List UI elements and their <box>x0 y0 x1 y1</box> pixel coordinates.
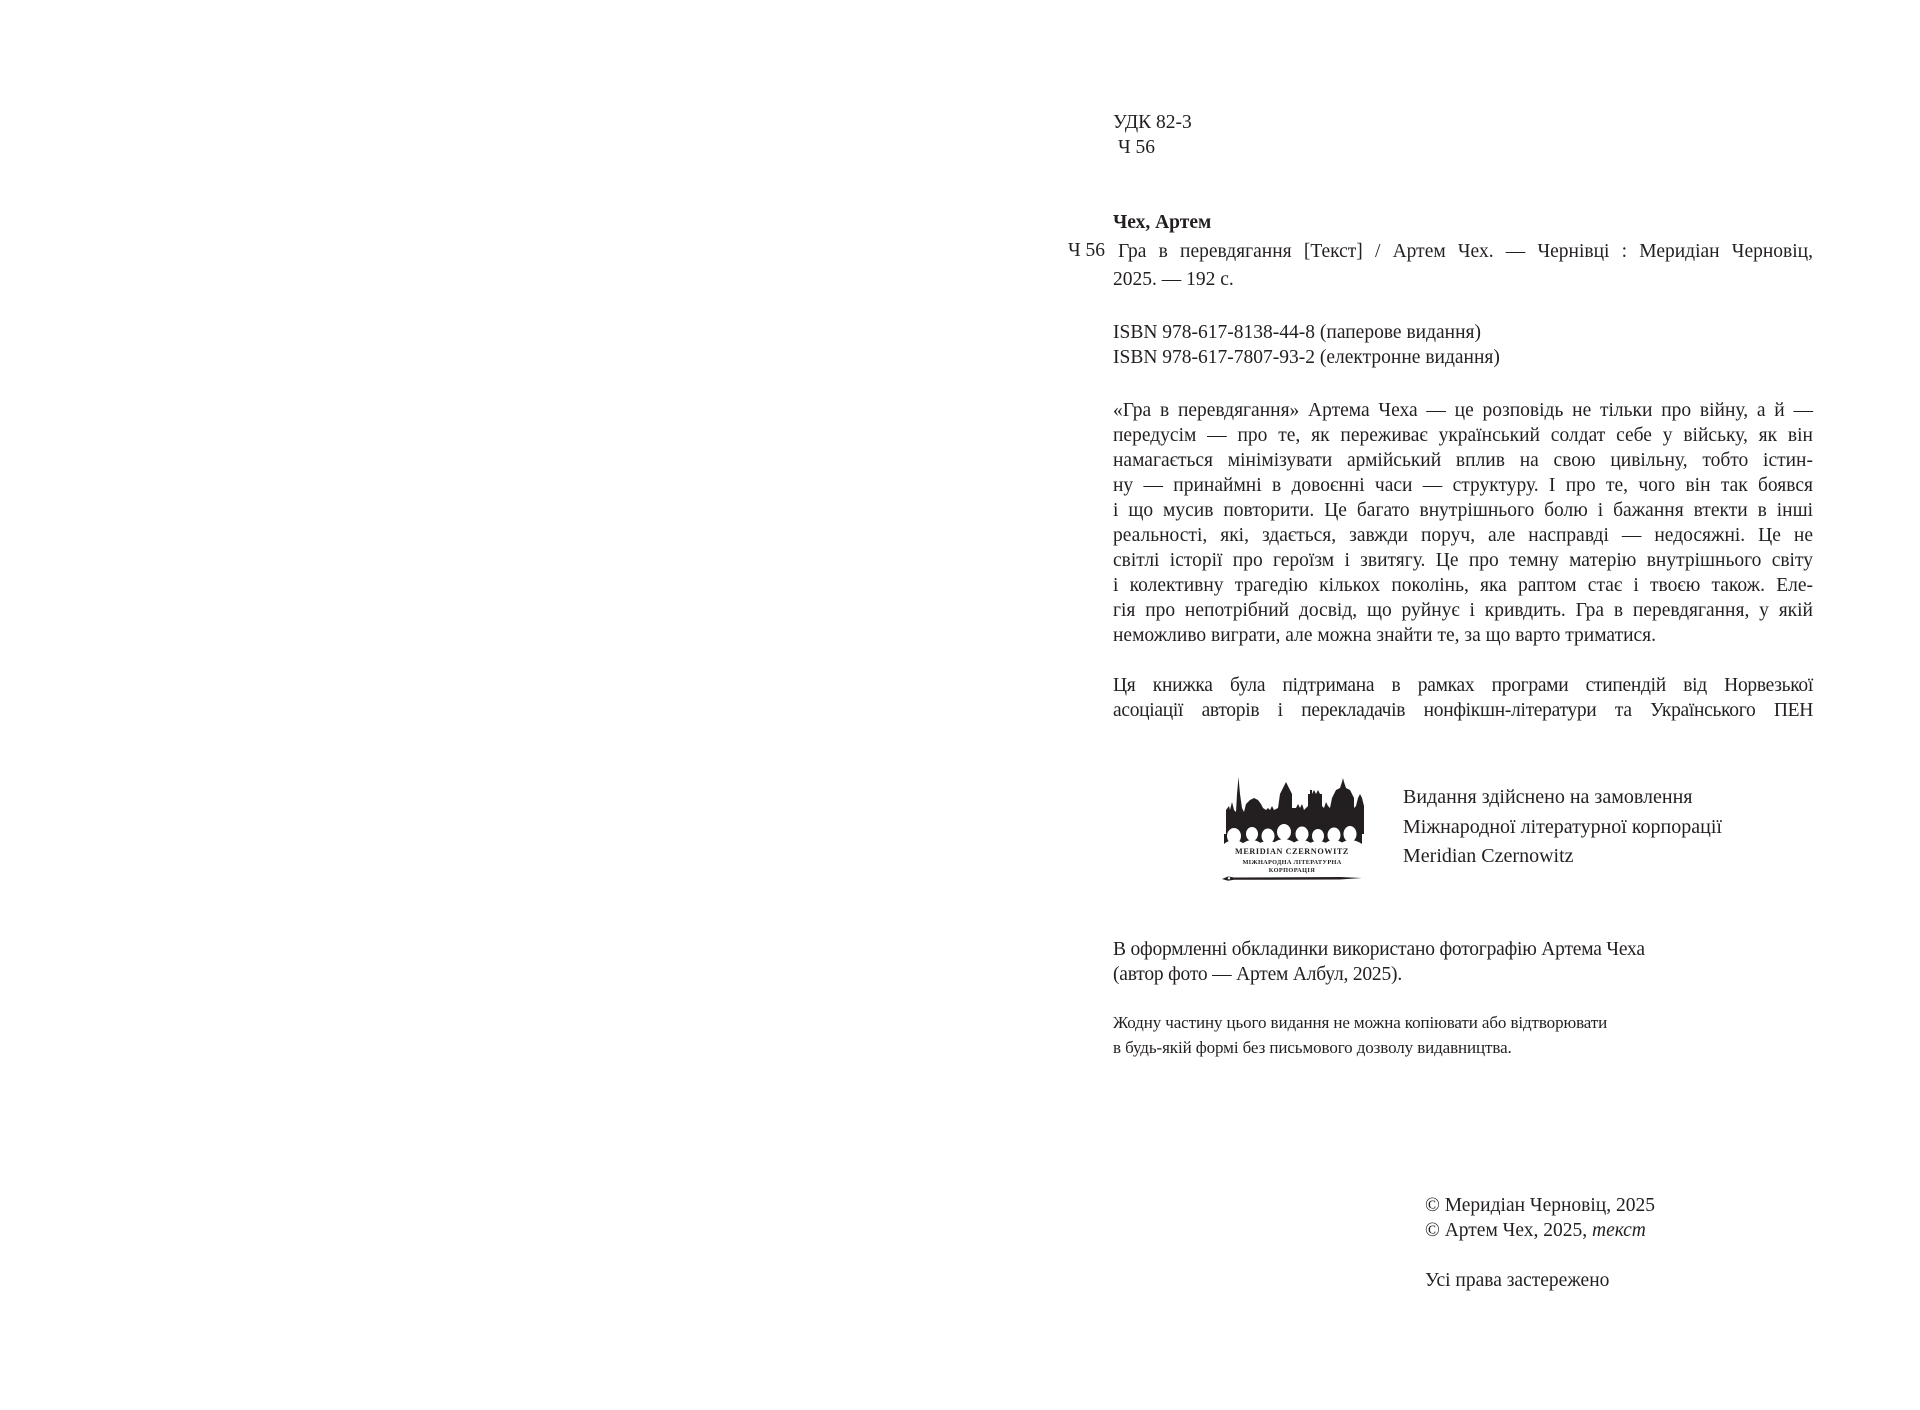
annotation-line: передусім — про те, як переживає українс… <box>1113 423 1813 448</box>
udk-code: УДК 82-3 <box>1113 110 1192 135</box>
annotation-line: і що мусив повторити. Це багато внутрішн… <box>1113 498 1813 523</box>
catalog-margin-code: Ч 56 <box>1068 238 1105 263</box>
publisher-commission-note: Видання здійснено на замовлення Міжнарод… <box>1403 783 1722 872</box>
bibliographic-description: Гра в перевдягання [Текст] / Артем Чех. … <box>1113 238 1813 294</box>
grant-acknowledgement: Ця книжка була підтримана в рамках прогр… <box>1113 673 1813 723</box>
svg-text:МІЖНАРОДНА ЛІТЕРАТУРНА: МІЖНАРОДНА ЛІТЕРАТУРНА <box>1242 859 1341 866</box>
annotation-line: намагається мінімізувати армійський впли… <box>1113 448 1813 473</box>
grant-line: асоціації авторів і перекладачів нонфікш… <box>1113 698 1813 723</box>
all-rights-reserved: Усі права застережено <box>1425 1268 1609 1293</box>
cover-credit-line: В оформленні обкладинки використано фото… <box>1113 937 1645 962</box>
annotation-paragraph: «Гра в перевдягання» Артема Чеха — це ро… <box>1113 398 1813 648</box>
cover-credit-line: (автор фото — Артем Албул, 2025). <box>1113 962 1645 987</box>
annotation-line: гія про непотрібний досвід, що руйнує і … <box>1113 598 1813 623</box>
svg-text:MERIDIAN CZERNOWITZ: MERIDIAN CZERNOWITZ <box>1235 847 1349 856</box>
annotation-line: неможливо виграти, але можна знайти те, … <box>1113 623 1813 648</box>
copyright-publisher: © Меридіан Черновіц, 2025 <box>1425 1193 1655 1218</box>
publisher-line: Видання здійснено на замовлення <box>1403 783 1722 813</box>
publisher-line: Meridian Czernowitz <box>1403 842 1722 872</box>
copyright-block: © Меридіан Черновіц, 2025 © Артем Чех, 2… <box>1425 1193 1655 1243</box>
annotation-line: ну — принаймні в довоєнні часи — структу… <box>1113 473 1813 498</box>
rights-notice: Жодну частину цього видання не можна коп… <box>1113 1010 1607 1060</box>
annotation-line: реальності, які, здається, завжди поруч,… <box>1113 523 1813 548</box>
isbn-print: ISBN 978-617-8138-44-8 (паперове видання… <box>1113 320 1500 345</box>
copyright-author: © Артем Чех, 2025, текст <box>1425 1218 1655 1243</box>
book-imprint-page: УДК 82-3 Ч 56 Чех, Артем Ч 56 Гра в пере… <box>0 0 1920 1410</box>
copyright-author-italic: текст <box>1592 1220 1646 1241</box>
svg-text:КОРПОРАЦІЯ: КОРПОРАЦІЯ <box>1269 867 1315 874</box>
author-mark: Ч 56 <box>1113 135 1192 160</box>
cover-photo-credit: В оформленні обкладинки використано фото… <box>1113 937 1645 987</box>
biblio-line: 2025. — 192 с. <box>1113 266 1813 294</box>
udk-classification: УДК 82-3 Ч 56 <box>1113 110 1192 160</box>
publisher-line: Міжнародної літературної корпорації <box>1403 813 1722 843</box>
isbn-ebook: ISBN 978-617-7807-93-2 (електронне видан… <box>1113 345 1500 370</box>
rights-line: Жодну частину цього видання не можна коп… <box>1113 1010 1607 1035</box>
annotation-line: «Гра в перевдягання» Артема Чеха — це ро… <box>1113 398 1813 423</box>
rights-line: в будь-якій формі без письмового дозволу… <box>1113 1035 1607 1060</box>
catalog-author: Чех, Артем <box>1113 210 1211 235</box>
meridian-czernowitz-logo-icon: MERIDIAN CZERNOWITZ МІЖНАРОДНА ЛІТЕРАТУР… <box>1220 772 1365 887</box>
annotation-line: світлі історії про героїзм і звитягу. Це… <box>1113 548 1813 573</box>
grant-line: Ця книжка була підтримана в рамках прогр… <box>1113 673 1813 698</box>
annotation-line: і колективну трагедію кількох поколінь, … <box>1113 573 1813 598</box>
copyright-author-text: © Артем Чех, 2025, <box>1425 1220 1587 1241</box>
biblio-line: Гра в перевдягання [Текст] / Артем Чех. … <box>1113 238 1813 266</box>
isbn-list: ISBN 978-617-8138-44-8 (паперове видання… <box>1113 320 1500 370</box>
